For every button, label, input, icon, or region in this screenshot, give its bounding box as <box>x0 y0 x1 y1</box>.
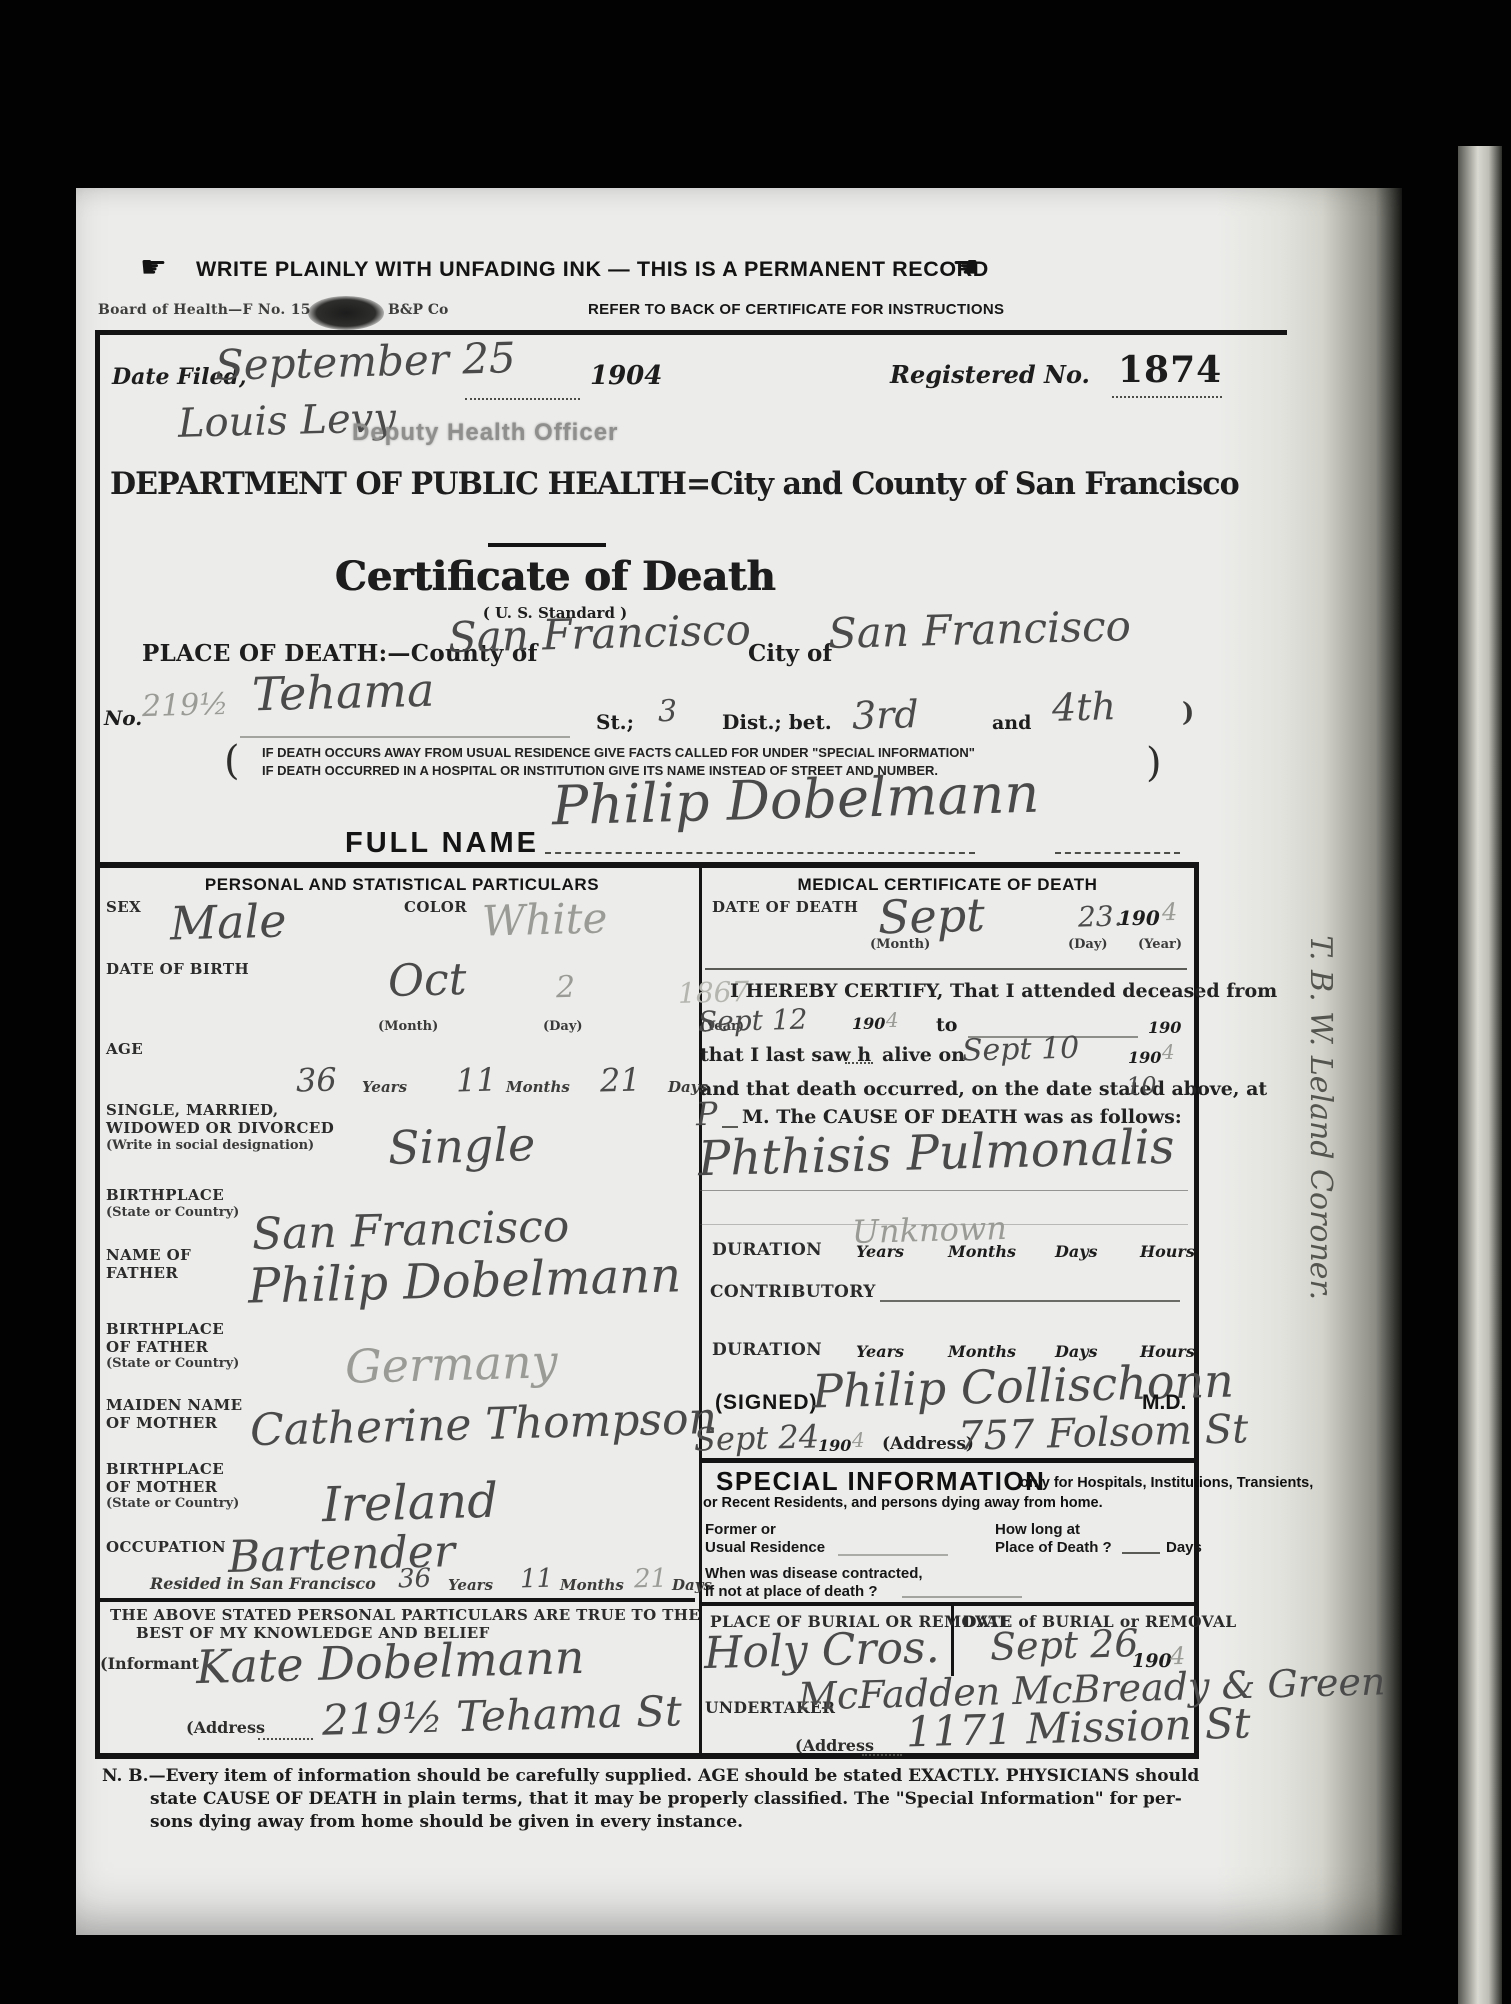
deputy-title-stamp: Deputy Health Officer <box>352 420 618 445</box>
pointing-hand-right-icon: ☚ <box>952 252 979 284</box>
informant-box-top-rule <box>95 1598 695 1602</box>
father-name-label-1: NAME OF <box>106 1248 191 1264</box>
mother-maiden-label-1: MAIDEN NAME <box>106 1398 242 1414</box>
street-no-label: No. <box>104 708 142 729</box>
father-birthplace-label-2: OF FATHER <box>106 1340 208 1356</box>
note-open-paren: ( <box>224 740 240 782</box>
district-value: 3 <box>658 696 678 728</box>
occupation-label: OCCUPATION <box>106 1540 226 1556</box>
age-months-label: Months <box>506 1080 570 1096</box>
age-days-value: 21 <box>600 1063 642 1098</box>
box-left-rule <box>95 330 100 1758</box>
cause-rule-1 <box>700 1190 1188 1191</box>
informant-address-label: (Address <box>186 1720 265 1737</box>
how-long-label-1: How long at <box>995 1522 1080 1538</box>
duration-years-label: Years <box>856 1244 904 1261</box>
duration-months-label: Months <box>948 1244 1016 1261</box>
attended-to-year-printed: 190 <box>1148 1020 1181 1037</box>
meridiem-dash <box>722 1126 738 1128</box>
father-birthplace-sublabel: (State or Country) <box>106 1357 239 1371</box>
full-name-value: Philip Dobelmann <box>551 766 1040 835</box>
resided-label: Resided in San Francisco <box>150 1576 376 1593</box>
st-label: St.; <box>596 712 634 733</box>
disease-contracted-label-1: When was disease contracted, <box>705 1566 923 1582</box>
disease-contracted-fill <box>902 1596 1022 1598</box>
special-info-top-rule <box>702 1458 1194 1463</box>
age-years-value: 36 <box>296 1063 338 1098</box>
ink-stamp <box>308 296 384 330</box>
undertaker-address-label: (Address <box>795 1738 874 1755</box>
box-top-rule <box>95 330 1287 335</box>
age-label: AGE <box>106 1042 143 1058</box>
board-of-health-form-line: Board of Health—F No. 15 <box>98 303 311 318</box>
date-of-death-label: DATE OF DEATH <box>712 900 858 916</box>
permanent-record-warning: WRITE PLAINLY WITH UNFADING INK — THIS I… <box>196 258 989 281</box>
resided-months-label: Months <box>560 1578 624 1594</box>
physician-address-value: 757 Folsom St <box>958 1408 1249 1458</box>
resided-months-value: 11 <box>520 1566 554 1594</box>
age-months-value: 11 <box>456 1063 498 1098</box>
former-residence-label-2: Usual Residence <box>705 1540 825 1556</box>
row-close-paren: ) <box>1182 700 1194 727</box>
meridiem-value: P <box>696 1098 718 1132</box>
full-name-fill-line2 <box>1055 852 1180 854</box>
last-saw-year-digit: 4 <box>1162 1042 1175 1063</box>
dod-row-rule <box>705 968 1187 970</box>
title-separator-rule <box>488 543 606 547</box>
date-of-death-day-caption: (Day) <box>1068 938 1108 952</box>
how-long-label-2: Place of Death ? <box>995 1540 1112 1556</box>
duration-hours-label: Hours <box>1140 1244 1195 1261</box>
dob-label: DATE OF BIRTH <box>106 962 249 978</box>
date-filed-year: 1904 <box>590 363 662 390</box>
date-of-death-month-value: Sept <box>877 891 985 942</box>
burial-place-value: Holy Cros. <box>703 1625 940 1677</box>
place-city-value: San Francisco <box>827 604 1131 656</box>
how-long-days-label: Days <box>1166 1540 1202 1556</box>
special-info-subtitle-1: only for Hospitals, Institutions, Transi… <box>1020 1476 1313 1491</box>
resided-years-value: 36 <box>398 1566 432 1594</box>
scanned-death-certificate: T. B. W. Leland Coroner. ☛ WRITE PLAINLY… <box>0 0 1511 2004</box>
father-name-value: Philip Dobelmann <box>247 1250 681 1312</box>
street-fill-line <box>240 736 570 738</box>
informant-address-value: 219½ Tehama St <box>321 1689 682 1742</box>
certify-line: I HEREBY CERTIFY, That I attended deceas… <box>730 982 1277 1002</box>
mother-birthplace-label-1: BIRTHPLACE <box>106 1462 224 1478</box>
informant-value: Kate Dobelmann <box>195 1633 585 1691</box>
undertaker-address-value: 1171 Mission St <box>905 1701 1251 1754</box>
footnote-line-1: N. B.—Every item of information should b… <box>102 1768 1199 1786</box>
department-title: DEPARTMENT OF PUBLIC HEALTH=City and Cou… <box>110 468 1051 501</box>
place-county-value: San Francisco <box>447 608 751 660</box>
resided-days-value: 21 <box>634 1566 668 1594</box>
usual-residence-note: IF DEATH OCCURS AWAY FROM USUAL RESIDENC… <box>262 746 975 760</box>
date-filed-fill-line <box>465 398 580 400</box>
mother-birthplace-value: Ireland <box>321 1476 498 1531</box>
and-label: and <box>992 714 1031 734</box>
color-label: COLOR <box>404 900 467 916</box>
marital-label-3: (Write in social designation) <box>106 1139 314 1153</box>
dob-day-caption: (Day) <box>543 1020 583 1034</box>
birthplace-label: BIRTHPLACE <box>106 1188 224 1204</box>
burial-date-value: Sept 26 <box>990 1624 1140 1668</box>
date-filed-value: September 25 <box>214 336 516 388</box>
attended-from-date: Sept 12 <box>698 1005 808 1037</box>
father-name-label-2: FATHER <box>106 1266 178 1282</box>
birthplace-value: San Francisco <box>251 1204 569 1258</box>
fullname-divider-rule <box>95 862 1199 868</box>
full-name-label: FULL NAME <box>345 828 539 858</box>
attended-from-year-printed: 190 <box>852 1016 885 1033</box>
footnote-line-2: state CAUSE OF DEATH in plain terms, tha… <box>150 1791 1182 1809</box>
dob-month-caption: (Month) <box>378 1020 438 1034</box>
father-birthplace-value: Germany <box>344 1337 558 1391</box>
informant-label: (Informant <box>100 1656 199 1673</box>
age-years-label: Years <box>362 1080 407 1096</box>
district-between-label: Dist.; bet. <box>722 712 832 733</box>
sex-value: Male <box>169 896 287 947</box>
between-street1-value: 3rd <box>851 695 919 737</box>
footnote-line-3: sons dying away from home should be give… <box>150 1814 743 1832</box>
cause-of-death-value: Phthisis Pulmonalis <box>697 1122 1175 1185</box>
attended-to-label: to <box>936 1016 957 1036</box>
mother-maiden-label-2: OF MOTHER <box>106 1416 217 1432</box>
personal-section-title: PERSONAL AND STATISTICAL PARTICULARS <box>112 876 692 894</box>
pointing-hand-left-icon: ☛ <box>140 252 167 284</box>
color-value: White <box>481 896 608 943</box>
former-residence-fill <box>838 1554 948 1556</box>
date-of-death-day-value: 23. <box>1078 901 1123 932</box>
last-saw-blank <box>845 1062 873 1064</box>
contributory-label: CONTRIBUTORY <box>710 1284 876 1302</box>
signed-year-digit: 4 <box>852 1430 865 1451</box>
note-close-paren: ) <box>1146 742 1162 784</box>
last-saw-post: alive on <box>882 1046 965 1066</box>
duration2-label: DURATION <box>712 1342 822 1360</box>
resided-years-label: Years <box>448 1578 493 1594</box>
duration-label: DURATION <box>712 1242 822 1260</box>
mother-birthplace-label-2: OF MOTHER <box>106 1480 217 1496</box>
book-page-edge <box>1458 146 1502 2004</box>
duration2-months-label: Months <box>948 1344 1016 1361</box>
certificate-title: Certificate of Death <box>330 556 780 598</box>
duration-days-label: Days <box>1055 1244 1098 1261</box>
full-name-fill-line <box>545 852 975 854</box>
last-saw-year-printed: 190 <box>1128 1050 1161 1067</box>
mother-maiden-value: Catherine Thompson <box>249 1396 717 1454</box>
refer-to-back-note: REFER TO BACK OF CERTIFICATE FOR INSTRUC… <box>588 302 1004 318</box>
registered-no-fill-line <box>1112 396 1222 398</box>
father-birthplace-label-1: BIRTHPLACE <box>106 1322 224 1338</box>
street-no-value: 219½ <box>142 689 229 723</box>
marital-value: Single <box>387 1120 535 1172</box>
special-info-title: SPECIAL INFORMATION <box>716 1468 1045 1495</box>
duration2-years-label: Years <box>856 1344 904 1361</box>
marital-label-1: SINGLE, MARRIED, <box>106 1103 279 1119</box>
attestation-line-1: THE ABOVE STATED PERSONAL PARTICULARS AR… <box>110 1608 700 1624</box>
former-residence-label-1: Former or <box>705 1522 776 1538</box>
date-of-death-year-digit: 4 <box>1162 900 1178 926</box>
date-of-death-year-caption: (Year) <box>1138 938 1182 952</box>
mother-birthplace-sublabel: (State or Country) <box>106 1497 239 1511</box>
signed-label: (SIGNED) <box>715 1392 818 1414</box>
undertaker-address-fill <box>862 1754 902 1756</box>
margin-annotation: T. B. W. Leland Coroner. <box>1304 838 1336 1398</box>
death-occurred-line: and that death occurred, on the date sta… <box>700 1080 1267 1100</box>
place-city-label: City of <box>748 642 832 666</box>
burial-box-top-rule <box>699 1602 1199 1606</box>
marital-label-2: WIDOWED OR DIVORCED <box>106 1121 334 1137</box>
date-of-death-month-caption: (Month) <box>870 938 930 952</box>
registered-no-value: 1874 <box>1118 352 1222 390</box>
box-bottom-rule <box>95 1753 1199 1759</box>
date-of-death-year-printed: 190 <box>1118 908 1160 929</box>
attended-from-year-digit: 4 <box>886 1010 899 1031</box>
signed-date: Sept 24 <box>694 1420 820 1457</box>
special-info-subtitle-2: or Recent Residents, and persons dying a… <box>703 1496 1103 1511</box>
disease-contracted-label-2: If not at place of death ? <box>705 1584 878 1600</box>
street-name-value: Tehama <box>251 666 435 719</box>
contributory-fill-line <box>880 1300 1180 1302</box>
birthplace-sublabel: (State or Country) <box>106 1206 239 1220</box>
informant-address-fill <box>258 1738 313 1740</box>
dob-month-value: Oct <box>387 957 467 1005</box>
death-time-value: 10 <box>1126 1074 1157 1100</box>
dob-day-value: 2 <box>556 972 576 1004</box>
between-street2-value: 4th <box>1051 687 1116 729</box>
last-saw-date: Sept 10 <box>962 1032 1080 1067</box>
signed-year-printed: 190 <box>818 1438 851 1455</box>
registered-no-label: Registered No. <box>890 362 1090 387</box>
printer-credit: B&P Co <box>388 303 448 318</box>
sex-label: SEX <box>106 900 141 916</box>
how-long-fill <box>1122 1552 1160 1554</box>
